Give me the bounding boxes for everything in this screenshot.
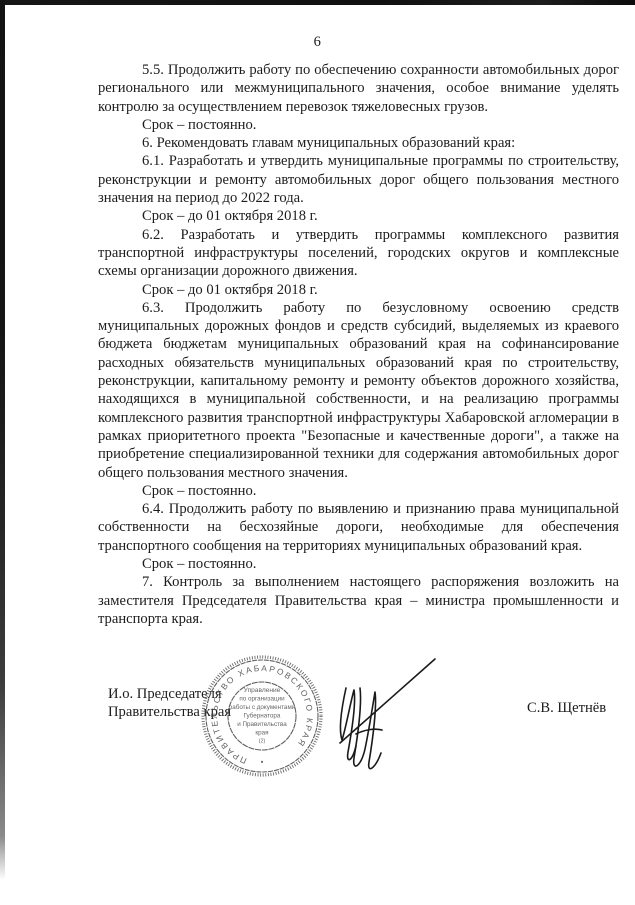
svg-text:Губернатора: Губернатора — [244, 712, 281, 720]
paragraph-6-3: 6.3. Продолжить работу по безусловному о… — [98, 299, 619, 482]
signature-scrawl — [330, 646, 448, 781]
svg-text:Управление: Управление — [244, 687, 281, 694]
scan-artifact-top-edge — [0, 0, 635, 5]
official-stamp: ПРАВИТЕЛЬСТВО ХАБАРОВСКОГО КРАЯ • Управл… — [194, 646, 332, 788]
paragraph-srok-1: Срок – постоянно. — [98, 116, 619, 134]
paragraph-7: 7. Контроль за выполнением настоящего ра… — [98, 573, 619, 628]
paragraph-srok-5: Срок – постоянно. — [98, 555, 619, 573]
stamp-center-text: Управление по организации работы с докум… — [229, 687, 296, 745]
signatory-name: С.В. Щетнёв — [527, 700, 606, 717]
paragraph-6-2: 6.2. Разработать и утвердить программы к… — [98, 226, 619, 281]
page-number: 6 — [0, 34, 635, 51]
svg-text:и Правительства: и Правительства — [237, 721, 287, 728]
document-body: 5.5. Продолжить работу по обеспечению со… — [98, 61, 619, 628]
paragraph-6-4: 6.4. Продолжить работу по выявлению и пр… — [98, 500, 619, 555]
paragraph-6: 6. Рекомендовать главам муниципальных об… — [98, 134, 619, 152]
paragraph-5-5: 5.5. Продолжить работу по обеспечению со… — [98, 61, 619, 116]
paragraph-srok-4: Срок – постоянно. — [98, 482, 619, 500]
svg-text:по организации: по организации — [239, 696, 285, 703]
scan-artifact-left-edge — [0, 0, 5, 880]
paragraph-srok-3: Срок – до 01 октября 2018 г. — [98, 281, 619, 299]
stamp-ring-separator: • — [261, 758, 264, 767]
svg-text:края: края — [255, 730, 268, 737]
paragraph-6-1: 6.1. Разработать и утвердить муниципальн… — [98, 152, 619, 207]
document-page: 6 5.5. Продолжить работу по обеспечению … — [0, 0, 635, 905]
paragraph-srok-2: Срок – до 01 октября 2018 г. — [98, 207, 619, 225]
svg-text:(2): (2) — [259, 739, 266, 745]
svg-text:работы с документами: работы с документами — [229, 703, 296, 711]
